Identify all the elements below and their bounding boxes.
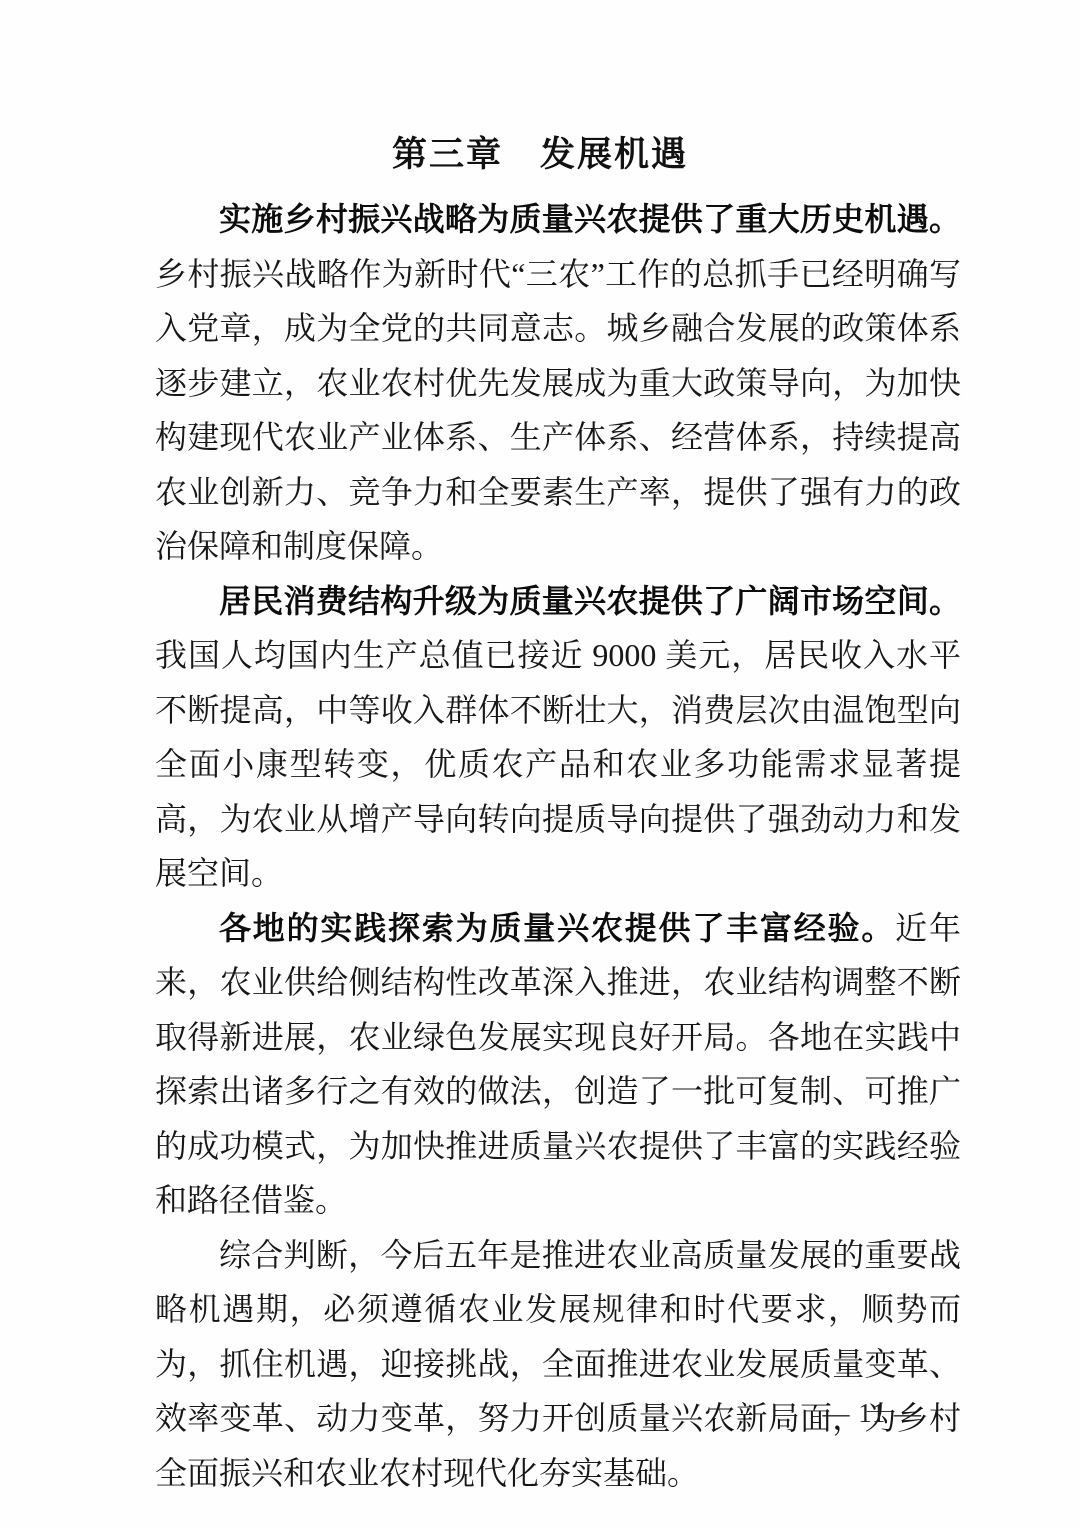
paragraph-2: 居民消费结构升级为质量兴农提供了广阔市场空间。我国人均国内生产总值已接近 900… [155,574,961,901]
paragraph-3-text: 近年来，农业供给侧结构性改革深入推进，农业结构调整不断取得新进展，农业绿色发展实… [155,910,961,1219]
paragraph-3: 各地的实践探索为质量兴农提供了丰富经验。近年来，农业供给侧结构性改革深入推进，农… [155,901,961,1228]
paragraph-3-lead-sentence: 各地的实践探索为质量兴农提供了丰富经验。 [219,910,895,946]
document-page: 第三章 发展机遇 实施乡村振兴战略为质量兴农提供了重大历史机遇。乡村振兴战略作为… [0,0,1080,1528]
page-number: — 11 — [823,1398,923,1428]
paragraph-1-text: 乡村振兴战略作为新时代“三农”工作的总抓手已经明确写入党章，成为全党的共同意志。… [155,256,961,565]
paragraph-2-lead-sentence: 居民消费结构升级为质量兴农提供了广阔市场空间。 [219,583,961,619]
document-body: 实施乡村振兴战略为质量兴农提供了重大历史机遇。乡村振兴战略作为新时代“三农”工作… [155,192,961,1500]
paragraph-2-text: 我国人均国内生产总值已接近 9000 美元，居民收入水平不断提高，中等收入群体不… [155,637,961,891]
chapter-title: 第三章 发展机遇 [0,0,1080,177]
paragraph-1-lead-sentence: 实施乡村振兴战略为质量兴农提供了重大历史机遇。 [219,201,961,237]
paragraph-1: 实施乡村振兴战略为质量兴农提供了重大历史机遇。乡村振兴战略作为新时代“三农”工作… [155,192,961,574]
page-footer: — 11 — [823,1396,923,1430]
paragraph-4-text: 综合判断，今后五年是推进农业高质量发展的重要战略机遇期，必须遵循农业发展规律和时… [155,1237,961,1491]
paragraph-4: 综合判断，今后五年是推进农业高质量发展的重要战略机遇期，必须遵循农业发展规律和时… [155,1228,961,1501]
